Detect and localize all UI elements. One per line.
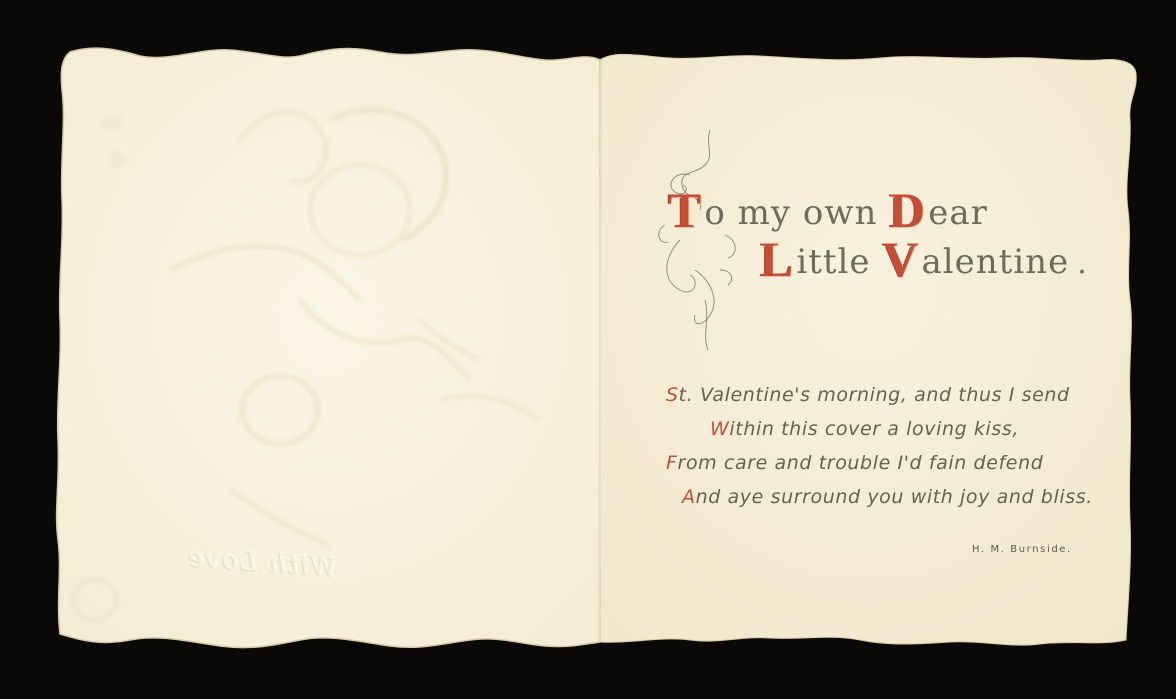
title-line-1: To my own Dear [668, 188, 1088, 235]
poem-author: H. M. Burnside. [972, 544, 1072, 555]
poem-line: Within this cover a loving kiss, [710, 412, 1093, 446]
right-panel: To my own Dear Little Valentine. St. Val… [600, 50, 1135, 650]
scanned-valentine-card: With Love To my own Dear Little Valentin… [0, 0, 1176, 699]
title-line-2: Little Valentine. [760, 237, 1088, 286]
title-initial-d: D [889, 182, 928, 238]
poem-line: And aye surround you with joy and bliss. [682, 480, 1093, 514]
poem: St. Valentine's morning, and thus I send… [666, 378, 1093, 514]
poem-line: From care and trouble I'd fain defend [666, 446, 1093, 480]
title-initial-t: T [668, 182, 704, 238]
poem-line: St. Valentine's morning, and thus I send [666, 378, 1093, 412]
card-title: To my own Dear Little Valentine. [668, 188, 1088, 286]
title-initial-l: L [760, 231, 796, 287]
title-initial-v: V [882, 231, 921, 287]
